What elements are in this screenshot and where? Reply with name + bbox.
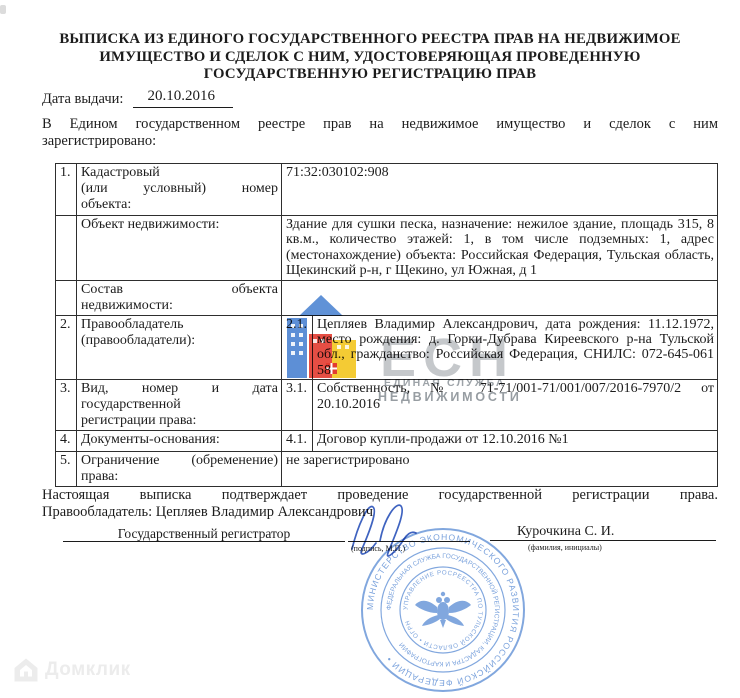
row-value-cell: не зарегистрировано [282,452,718,487]
row-number-cell [56,280,77,315]
title-line-3: ГОСУДАРСТВЕННУЮ РЕГИСТРАЦИЮ ПРАВ [33,66,707,84]
row-value-cell: Цепляев Владимир Александрович, дата рож… [313,315,718,380]
document-title: ВЫПИСКА ИЗ ЕДИНОГО ГОСУДАРСТВЕННОГО РЕЕС… [33,31,707,84]
table-row: Состав объекта недвижимости: [56,280,718,315]
row-value-cell [282,280,718,315]
scanned-document-page: ВЫПИСКА ИЗ ЕДИНОГО ГОСУДАРСТВЕННОГО РЕЕС… [0,0,740,698]
row-label-cell: Объект недвижимости: [77,216,282,281]
name-caption: (фамилия, инициалы) [528,543,602,552]
row-number-cell: 1. [56,164,77,216]
intro-paragraph: В Едином государственном реестре прав на… [42,116,718,150]
row-value-cell: Собственность, № 71-71/001-71/001/007/20… [313,380,718,431]
house-icon [13,657,39,683]
issue-date-label: Дата выдачи: [42,91,123,108]
registrar-name: Курочкина С. И. [517,524,614,540]
domclick-text: Домклик [45,659,131,681]
row-label-cell: Ограничение (обременение) права: [77,452,282,487]
double-headed-eagle-icon [415,592,471,628]
issue-date-row: Дата выдачи: 20.10.2016 [42,88,233,108]
row-value-cell: Договор купли-продажи от 12.10.2016 №1 [313,431,718,452]
row-number-cell: 4. [56,431,77,452]
row-value-cell: Здание для сушки песка, назначение: нежи… [282,216,718,281]
title-line-2: ИМУЩЕСТВО И СДЕЛОК С НИМ, УДОСТОВЕРЯЮЩАЯ… [33,49,707,67]
row-subnumber-cell: 3.1. [282,380,313,431]
issue-date-value: 20.10.2016 [133,88,233,108]
registry-table: 1. Кадастровый (или условный) номер объе… [55,163,718,487]
row-label-cell: Документы-основания: [77,431,282,452]
registrar-label: Государственный регистратор [63,526,345,542]
row-subnumber-cell: 4.1. [282,431,313,452]
table-row: 5. Ограничение (обременение) права: не з… [56,452,718,487]
row-number-cell [56,216,77,281]
title-line-1: ВЫПИСКА ИЗ ЕДИНОГО ГОСУДАРСТВЕННОГО РЕЕС… [33,31,707,49]
row-label-cell: Вид, номер и дата государственной регист… [77,380,282,431]
table-row: Объект недвижимости: Здание для сушки пе… [56,216,718,281]
row-number-cell: 2. [56,315,77,380]
table-row: 3. Вид, номер и дата государственной рег… [56,380,718,431]
registrar-signature-line [63,541,345,542]
row-label-cell: Кадастровый (или условный) номер объекта… [77,164,282,216]
domclick-logo: Домклик [13,657,131,683]
row-number-cell: 5. [56,452,77,487]
scan-artifact [0,5,6,14]
row-subnumber-cell: 2.1. [282,315,313,380]
table-row: 1. Кадастровый (или условный) номер объе… [56,164,718,216]
row-number-cell: 3. [56,380,77,431]
intro-line-1: В Едином государственном реестре прав на… [42,116,718,133]
table-row: 2. Правообладатель (правообладатели): 2.… [56,315,718,380]
intro-line-2: зарегистрировано: [42,133,718,150]
row-value-cell: 71:32:030102:908 [282,164,718,216]
table-row: 4. Документы-основания: 4.1. Договор куп… [56,431,718,452]
row-label-cell: Состав объекта недвижимости: [77,280,282,315]
official-stamp: МИНИСТЕРСТВО ЭКОНОМИЧЕСКОГО РАЗВИТИЯ РОС… [358,525,528,695]
row-label-cell: Правообладатель (правообладатели): [77,315,282,380]
